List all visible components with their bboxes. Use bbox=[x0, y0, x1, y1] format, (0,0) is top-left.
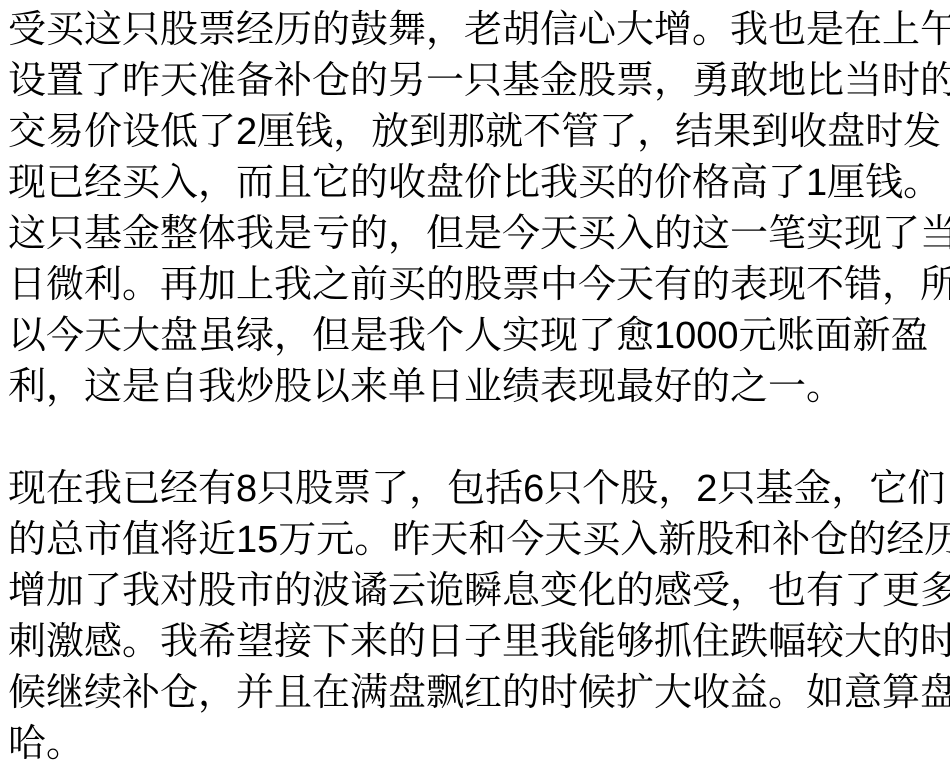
document-page: 受买这只股票经历的鼓舞，老胡信心大增。我也是在上午 设置了昨天准备补仓的另一只基… bbox=[0, 0, 950, 764]
text-line: 刺激感。我希望接下来的日子里我能够抓住跌幅较大的时 bbox=[8, 617, 946, 668]
text-line: 现已经买入，而且它的收盘价比我买的价格高了1厘钱。 bbox=[8, 158, 946, 209]
text-line: 以今天大盘虽绿，但是我个人实现了愈1000元账面新盈 bbox=[8, 311, 946, 362]
text-line: 现在我已经有8只股票了，包括6只个股，2只基金，它们 bbox=[8, 464, 946, 515]
paragraph-2: 现在我已经有8只股票了，包括6只个股，2只基金，它们 的总市值将近15万元。昨天… bbox=[8, 464, 946, 764]
text-line: 受买这只股票经历的鼓舞，老胡信心大增。我也是在上午 bbox=[8, 5, 946, 56]
text-line: 这只基金整体我是亏的，但是今天买入的这一笔实现了当 bbox=[8, 209, 946, 260]
text-line: 交易价设低了2厘钱，放到那就不管了，结果到收盘时发 bbox=[8, 107, 946, 158]
text-line: 日微利。再加上我之前买的股票中今天有的表现不错，所 bbox=[8, 260, 946, 311]
text-line: 利，这是自我炒股以来单日业绩表现最好的之一。 bbox=[8, 362, 946, 413]
text-line: 设置了昨天准备补仓的另一只基金股票，勇敢地比当时的 bbox=[8, 56, 946, 107]
text-line: 的总市值将近15万元。昨天和今天买入新股和补仓的经历 bbox=[8, 515, 946, 566]
article-text: 受买这只股票经历的鼓舞，老胡信心大增。我也是在上午 设置了昨天准备补仓的另一只基… bbox=[0, 0, 950, 764]
text-line: 候继续补仓，并且在满盘飘红的时候扩大收益。如意算盘 bbox=[8, 668, 946, 719]
paragraph-1: 受买这只股票经历的鼓舞，老胡信心大增。我也是在上午 设置了昨天准备补仓的另一只基… bbox=[8, 5, 946, 413]
text-line: 哈。 bbox=[8, 719, 946, 764]
text-line: 增加了我对股市的波谲云诡瞬息变化的感受，也有了更多 bbox=[8, 566, 946, 617]
